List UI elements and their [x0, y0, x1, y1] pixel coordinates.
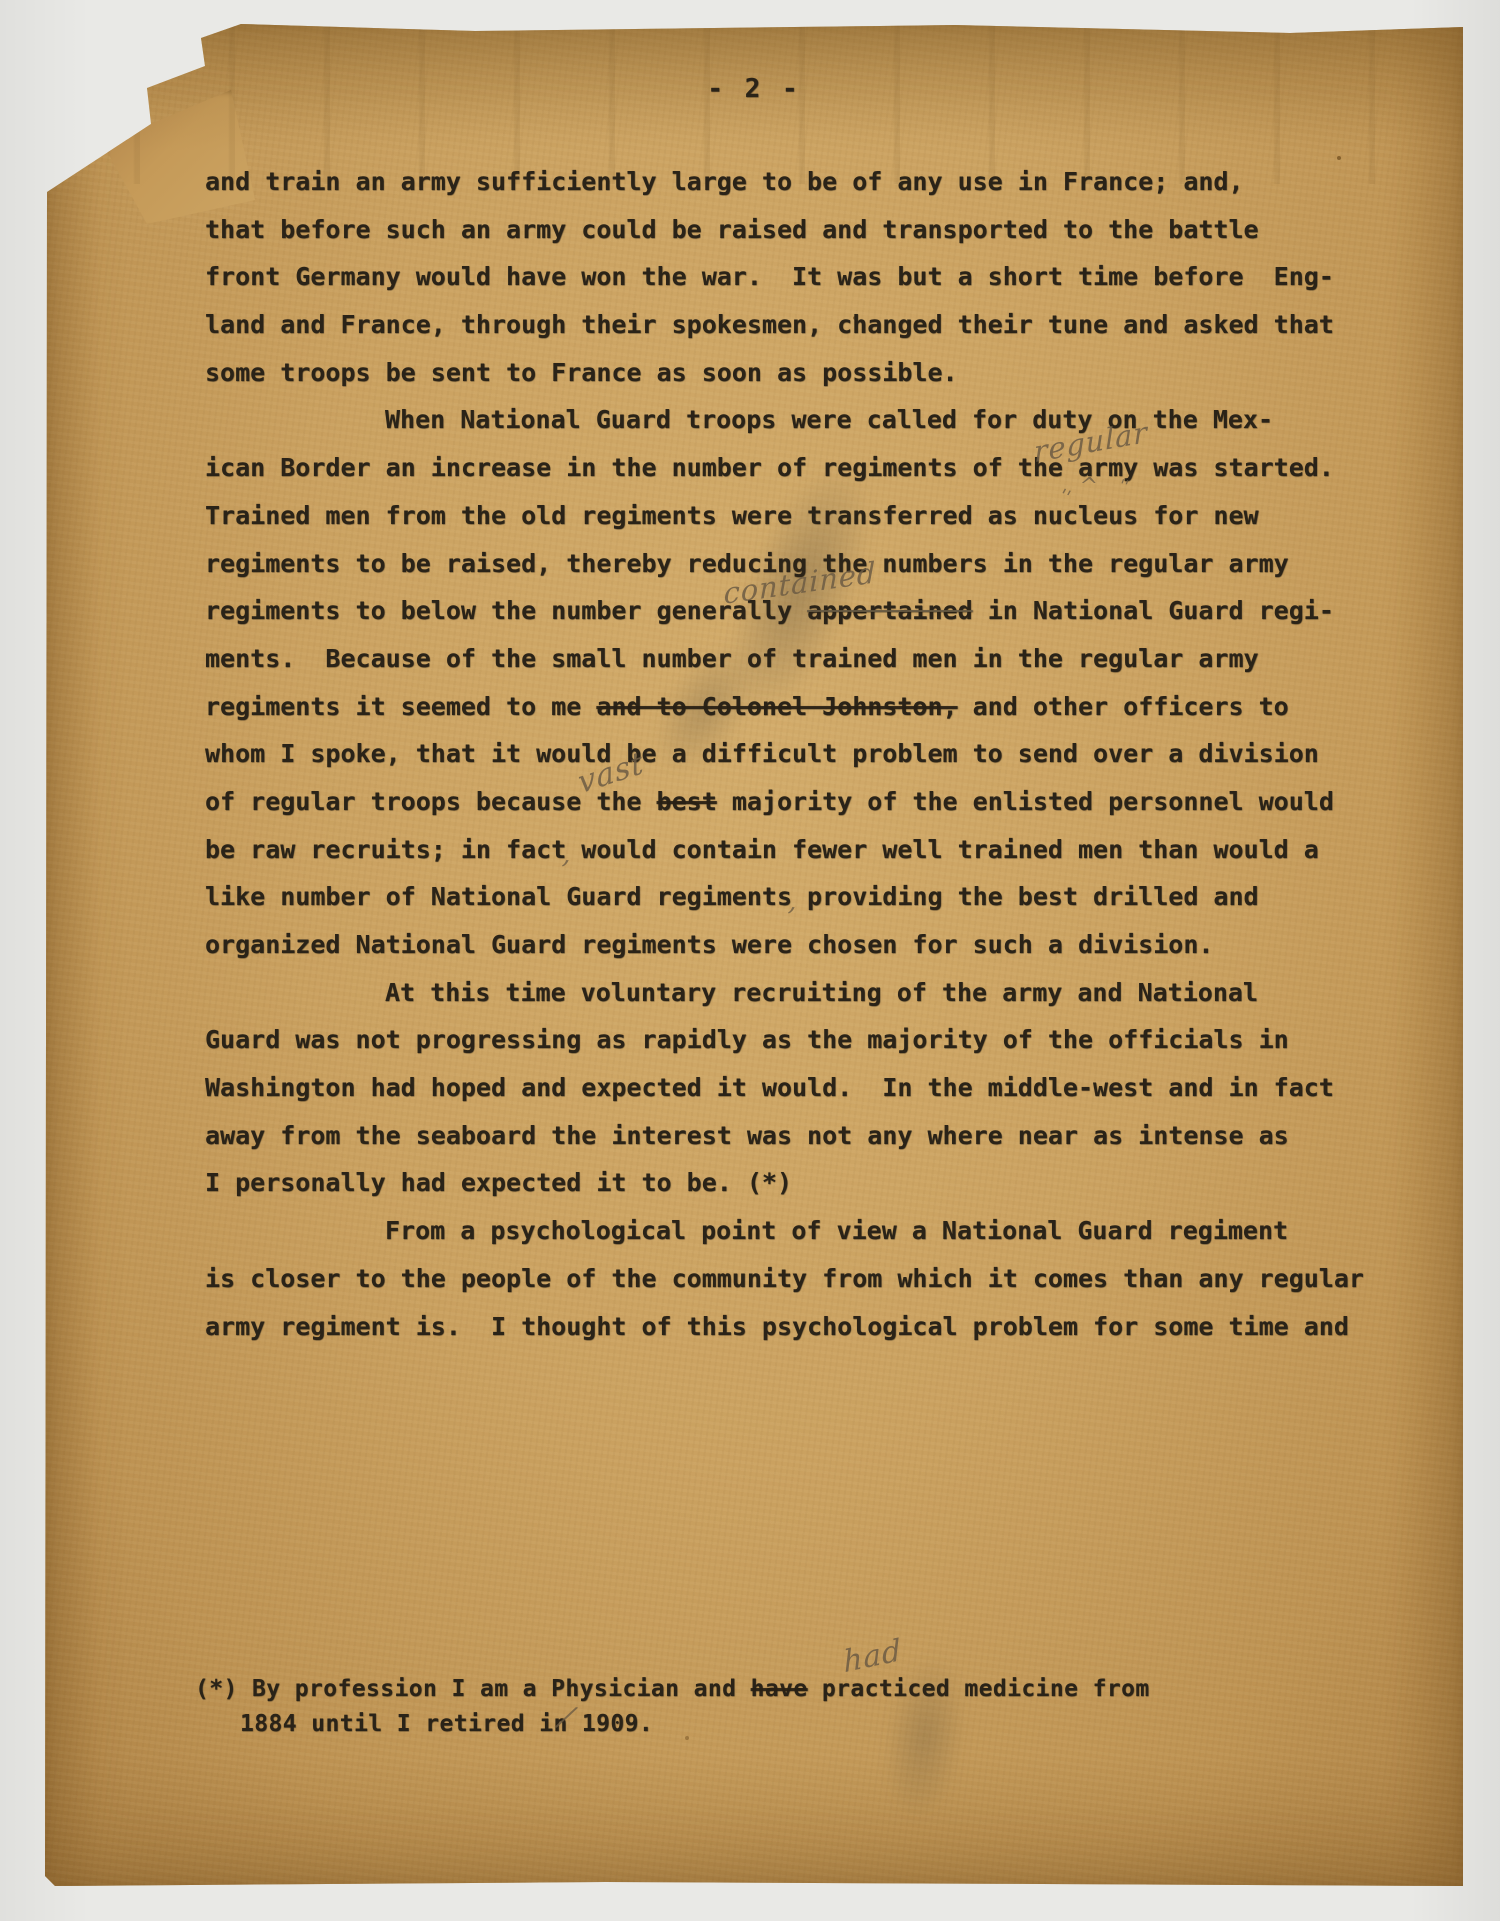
typed-line: 1884 until I retired in 1909./: [195, 1707, 1345, 1742]
typed-text: is closer to the people of the community…: [205, 1264, 1364, 1293]
typed-text: ican Border an increase in the number of…: [205, 453, 1334, 482]
document-page: - 2 - and train an army sufficiently lar…: [45, 24, 1463, 1886]
struck-text: and to Colonel Johnston,: [596, 692, 957, 721]
typed-text: away from the seaboard the interest was …: [205, 1121, 1289, 1150]
handwritten-annotation: had: [843, 1636, 903, 1679]
typed-text: land and France, through their spokesmen…: [205, 310, 1334, 339]
typed-line: (*) By profession I am a Physician and h…: [195, 1672, 1345, 1707]
typed-line: and train an army sufficiently large to …: [205, 158, 1425, 206]
typed-text: practiced medicine from: [808, 1676, 1150, 1702]
struck-text: have: [751, 1676, 808, 1702]
struck-text: appertained: [807, 596, 973, 625]
typed-text: some troops be sent to France as soon as…: [205, 358, 958, 387]
typed-line: land and France, through their spokesmen…: [205, 301, 1425, 349]
typed-line: that before such an army could be raised…: [205, 206, 1425, 254]
typed-line: be raw recruits; in fact would contain f…: [205, 826, 1425, 874]
typed-line: front Germany would have won the war. It…: [205, 253, 1425, 301]
typed-text: Trained men from the old regiments were …: [205, 501, 1259, 530]
typed-text: Guard was not progressing as rapidly as …: [205, 1025, 1289, 1054]
typed-text: At this time voluntary recruiting of the…: [385, 978, 1258, 1007]
typed-body: and train an army sufficiently large to …: [205, 158, 1425, 1350]
typed-line: Washington had hoped and expected it wou…: [205, 1064, 1425, 1112]
typed-line: From a psychological point of view a Nat…: [205, 1207, 1425, 1255]
typed-line: Trained men from the old regiments were …: [205, 492, 1425, 540]
page-number: - 2 -: [45, 74, 1463, 104]
typed-line: whom I spoke, that it would be a difficu…: [205, 730, 1425, 778]
typed-text: ments. Because of the small number of tr…: [205, 644, 1259, 673]
typed-text: regiments to below the number generally: [205, 596, 807, 625]
typed-text: that before such an army could be raised…: [205, 215, 1259, 244]
typed-text: (*) By profession I am a Physician and: [195, 1676, 751, 1702]
typed-line: Guard was not progressing as rapidly as …: [205, 1016, 1425, 1064]
typed-text: army regiment is. I thought of this psyc…: [205, 1312, 1349, 1341]
typed-text: 1884 until I retired in 1909.: [240, 1711, 653, 1737]
typed-text: like number of National Guard regiments …: [205, 882, 1259, 911]
typed-text: in National Guard regi-: [973, 596, 1334, 625]
typed-text: Washington had hoped and expected it wou…: [205, 1073, 1334, 1102]
typed-text: From a psychological point of view a Nat…: [385, 1216, 1288, 1245]
typed-text: front Germany would have won the war. It…: [205, 262, 1334, 291]
typed-text: organized National Guard regiments were …: [205, 930, 1213, 959]
typed-line: ican Border an increase in the number of…: [205, 444, 1425, 492]
typed-line: of regular troops because the best major…: [205, 778, 1425, 826]
typed-text: and train an army sufficiently large to …: [205, 167, 1244, 196]
typed-line: When National Guard troops were called f…: [205, 396, 1425, 444]
typed-line: away from the seaboard the interest was …: [205, 1112, 1425, 1160]
typed-text: be raw recruits; in fact would contain f…: [205, 835, 1319, 864]
typed-text: and other officers to: [958, 692, 1289, 721]
typed-text: majority of the enlisted personnel would: [717, 787, 1334, 816]
footnote: (*) By profession I am a Physician and h…: [195, 1672, 1345, 1742]
typed-line: At this time voluntary recruiting of the…: [205, 969, 1425, 1017]
typed-line: is closer to the people of the community…: [205, 1255, 1425, 1303]
struck-text: best: [657, 787, 717, 816]
typed-line: ments. Because of the small number of tr…: [205, 635, 1425, 683]
typed-line: like number of National Guard regiments …: [205, 873, 1425, 921]
typed-text: regiments it seemed to me: [205, 692, 596, 721]
typed-line: some troops be sent to France as soon as…: [205, 349, 1425, 397]
typed-line: organized National Guard regiments were …: [205, 921, 1425, 969]
typed-text: I personally had expected it to be. (*): [205, 1168, 792, 1197]
typed-line: regiments it seemed to me and to Colonel…: [205, 683, 1425, 731]
typed-line: army regiment is. I thought of this psyc…: [205, 1303, 1425, 1351]
typed-text: whom I spoke, that it would be a difficu…: [205, 739, 1319, 768]
typed-line: I personally had expected it to be. (*): [205, 1159, 1425, 1207]
typed-line: regiments to below the number generally …: [205, 587, 1425, 635]
